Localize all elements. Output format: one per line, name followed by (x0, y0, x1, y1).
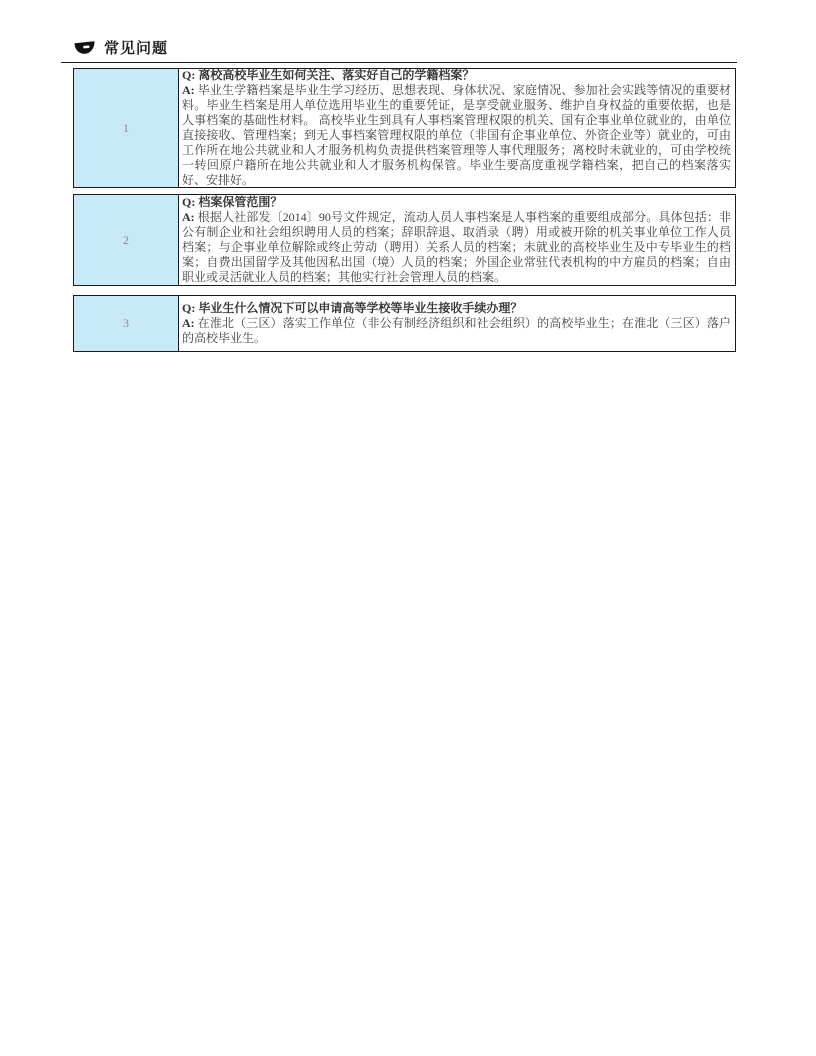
row-number: 1 (123, 121, 129, 136)
answer-line: A: 毕业生学籍档案是毕业生学习经历、思想表现、身体状况、家庭情况、参加社会实践… (182, 83, 731, 187)
faq-row-2: 2 Q: 档案保管范围？ A: 根据人社部发〔2014〕90号文件规定，流动人员… (73, 194, 736, 286)
question-text: 毕业生什么情况下可以申请高等学校等毕业生接收手续办理？ (198, 301, 522, 315)
answer-label: A: (182, 83, 195, 97)
question-label: Q: (182, 69, 195, 82)
question-label: Q: (182, 301, 195, 315)
question-line: Q: 毕业生什么情况下可以申请高等学校等毕业生接收手续办理？ (182, 301, 731, 316)
answer-text: 在淮北（三区）落实工作单位（非公有制经济组织和社会组织）的高校毕业生；在淮北（三… (182, 316, 731, 345)
section-title: 常见问题 (104, 37, 168, 58)
answer-label: A: (182, 316, 195, 330)
answer-text: 根据人社部发〔2014〕90号文件规定，流动人员人事档案是人事档案的重要组成部分… (182, 210, 731, 284)
row-number-cell: 2 (74, 195, 179, 285)
row-number-cell: 3 (74, 296, 179, 351)
question-text: 离校高校毕业生如何关注、落实好自己的学籍档案？ (198, 69, 474, 82)
question-line: Q: 档案保管范围？ (182, 195, 731, 210)
qa-cell: Q: 档案保管范围？ A: 根据人社部发〔2014〕90号文件规定，流动人员人事… (179, 195, 735, 285)
row-number-cell: 1 (74, 69, 179, 187)
answer-line: A: 在淮北（三区）落实工作单位（非公有制经济组织和社会组织）的高校毕业生；在淮… (182, 316, 731, 346)
row-number: 3 (123, 316, 129, 331)
question-text: 档案保管范围？ (198, 195, 282, 209)
section-header: 常见问题 (74, 37, 168, 58)
badge-icon (74, 40, 95, 55)
header-underline (61, 62, 737, 63)
qa-cell: Q: 毕业生什么情况下可以申请高等学校等毕业生接收手续办理？ A: 在淮北（三区… (179, 296, 735, 351)
answer-line: A: 根据人社部发〔2014〕90号文件规定，流动人员人事档案是人事档案的重要组… (182, 210, 731, 285)
question-line: Q: 离校高校毕业生如何关注、落实好自己的学籍档案？ (182, 69, 731, 83)
faq-row-1: 1 Q: 离校高校毕业生如何关注、落实好自己的学籍档案？ A: 毕业生学籍档案是… (73, 68, 736, 188)
faq-table: 1 Q: 离校高校毕业生如何关注、落实好自己的学籍档案？ A: 毕业生学籍档案是… (73, 68, 736, 352)
row-number: 2 (123, 233, 129, 248)
qa-cell: Q: 离校高校毕业生如何关注、落实好自己的学籍档案？ A: 毕业生学籍档案是毕业… (179, 69, 735, 187)
answer-label: A: (182, 210, 195, 224)
faq-row-3: 3 Q: 毕业生什么情况下可以申请高等学校等毕业生接收手续办理？ A: 在淮北（… (73, 295, 736, 352)
document-page: 常见问题 1 Q: 离校高校毕业生如何关注、落实好自己的学籍档案？ A: 毕业生… (0, 0, 816, 1056)
question-label: Q: (182, 195, 195, 209)
answer-text: 毕业生学籍档案是毕业生学习经历、思想表现、身体状况、家庭情况、参加社会实践等情况… (182, 83, 731, 187)
